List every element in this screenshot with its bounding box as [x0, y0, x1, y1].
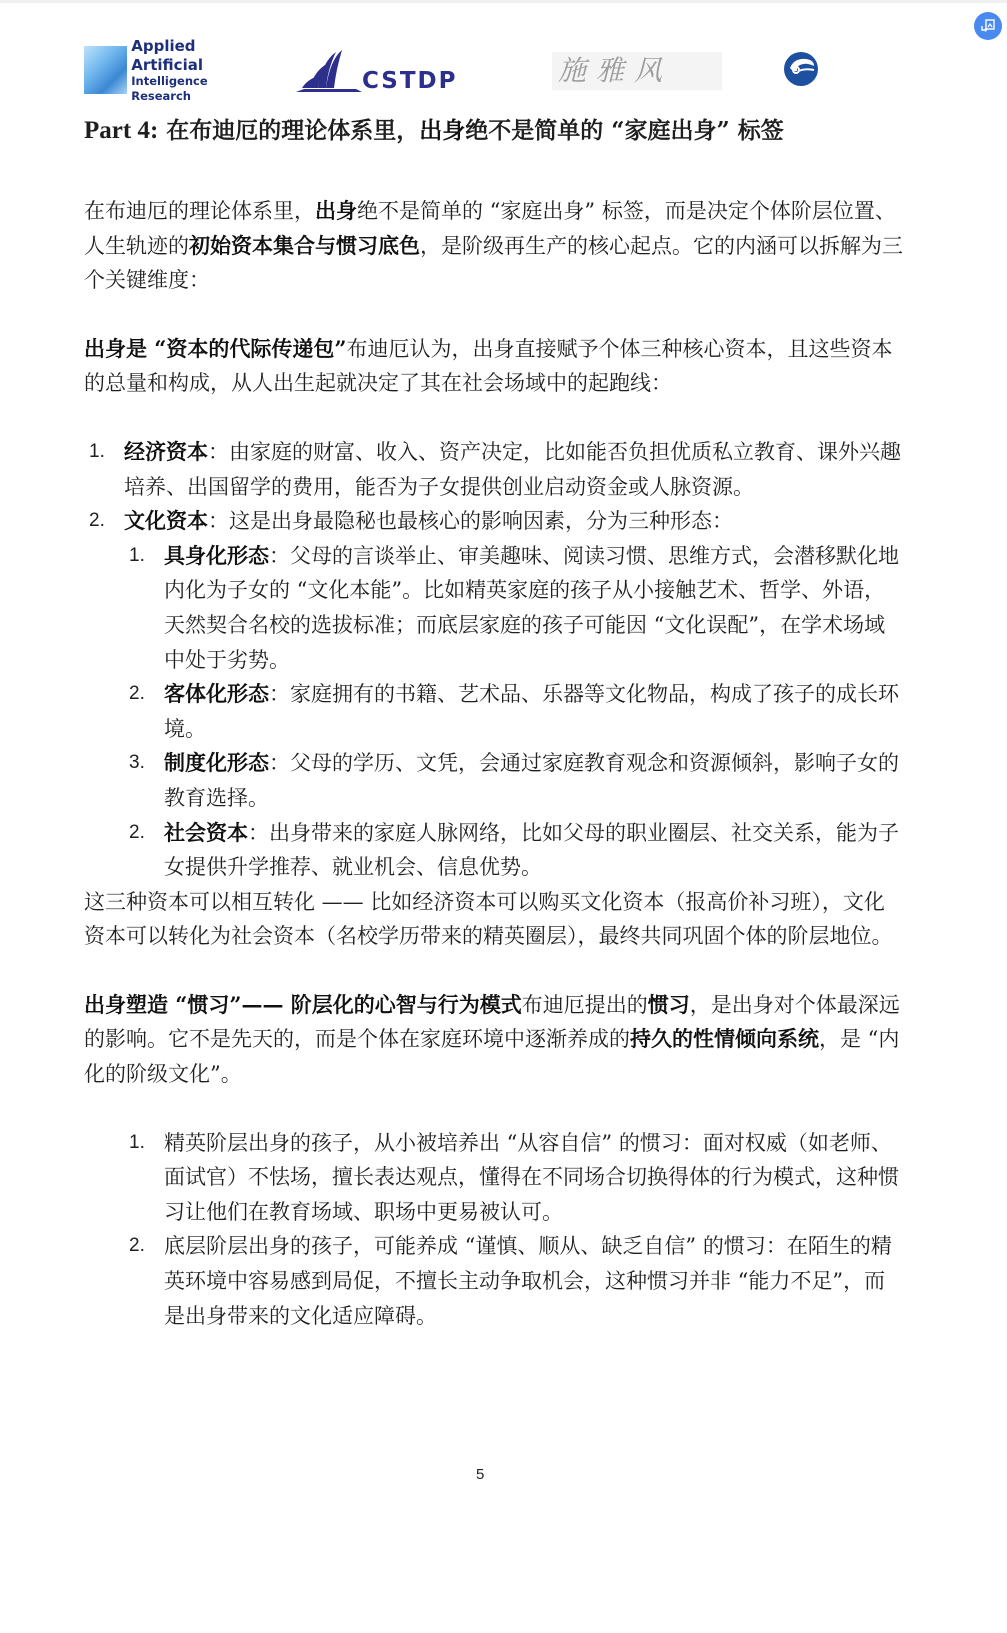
part-label: Part 4:	[84, 117, 158, 144]
cstdp-logo: CSTDP	[294, 48, 474, 94]
section2-heading: 出身塑造 “惯习”—— 阶层化的心智与行为模式	[84, 992, 522, 1017]
list-item-economic-capital: 1.经济资本：由家庭的财富、收入、资产决定，比如能否负担优质私立教育、课外兴趣培…	[84, 435, 904, 504]
aair-logo-line2: Intelligence Research	[131, 74, 264, 103]
sublist-item-objectified: 2.客体化形态：家庭拥有的书籍、艺术品、乐器等文化物品，构成了孩子的成长环境。	[84, 677, 904, 746]
aair-logo: Applied Artificial Intelligence Research	[84, 46, 264, 94]
section2-paragraph: 出身塑造 “惯习”—— 阶层化的心智与行为模式布迪厄提出的惯习，是出身对个体最深…	[84, 988, 904, 1092]
sublist-item-embodied: 1.具身化形态：父母的言谈举止、审美趣味、阅读习惯、思维方式，会潜移默化地内化为…	[84, 539, 904, 677]
capital-list: 1.经济资本：由家庭的财富、收入、资产决定，比如能否负担优质私立教育、课外兴趣培…	[84, 435, 904, 885]
intro-paragraph: 在布迪厄的理论体系里，出身绝不是简单的 “家庭出身” 标签，而是决定个体阶层位置…	[84, 194, 904, 298]
cstdp-logo-text: CSTDP	[362, 68, 458, 94]
document-body: Part 4: 在布迪厄的理论体系里，出身绝不是简单的 “家庭出身” 标签 在布…	[84, 112, 904, 1333]
sublist-item-social-capital: 2.社会资本：出身带来的家庭人脉网络，比如父母的职业圈层、社交关系，能为子女提供…	[84, 816, 904, 885]
signature-logo: 施雅风	[552, 52, 722, 90]
section1-paragraph: 出身是 “资本的代际传递包”布迪厄认为，出身直接赋予个体三种核心资本，且这些资本…	[84, 332, 904, 401]
save-to-image-button[interactable]	[974, 12, 1002, 40]
page-title: Part 4: 在布迪厄的理论体系里，出身绝不是简单的 “家庭出身” 标签	[84, 112, 904, 150]
habitus-list: 1.精英阶层出身的孩子，从小被培养出 “从容自信” 的惯习：面对权威（如老师、面…	[84, 1126, 904, 1334]
section1-heading: 出身是 “资本的代际传递包”	[84, 336, 346, 361]
save-to-image-icon	[980, 18, 996, 34]
title-text: 在布迪厄的理论体系里，	[166, 117, 419, 144]
list-item-lower-habitus: 2.底层阶层出身的孩子，可能养成 “谨慎、顺从、缺乏自信” 的惯习：在陌生的精英…	[84, 1229, 904, 1333]
conversion-paragraph: 这三种资本可以相互转化 —— 比如经济资本可以购买文化资本（报高价补习班），文化…	[84, 885, 904, 954]
title-text-end: 绝不是简单的 “家庭出身” 标签	[465, 117, 783, 144]
list-item-elite-habitus: 1.精英阶层出身的孩子，从小被培养出 “从容自信” 的惯习：面对权威（如老师、面…	[84, 1126, 904, 1230]
page-number: 5	[476, 1466, 484, 1483]
globe-logo-icon	[784, 52, 818, 86]
cstdp-wing-icon	[294, 48, 364, 94]
sublist-item-institutionalized: 3.制度化形态：父母的学历、文凭，会通过家庭教育观念和资源倾斜，影响子女的教育选…	[84, 746, 904, 815]
aair-logo-line1: Applied Artificial	[131, 37, 264, 75]
aair-logo-image	[84, 46, 127, 94]
top-border	[0, 0, 1007, 3]
title-bold: 出身	[419, 117, 465, 144]
list-item-cultural-capital: 2.文化资本：这是出身最隐秘也最核心的影响因素，分为三种形态：	[84, 504, 904, 539]
header-logos: Applied Artificial Intelligence Research…	[84, 44, 924, 94]
